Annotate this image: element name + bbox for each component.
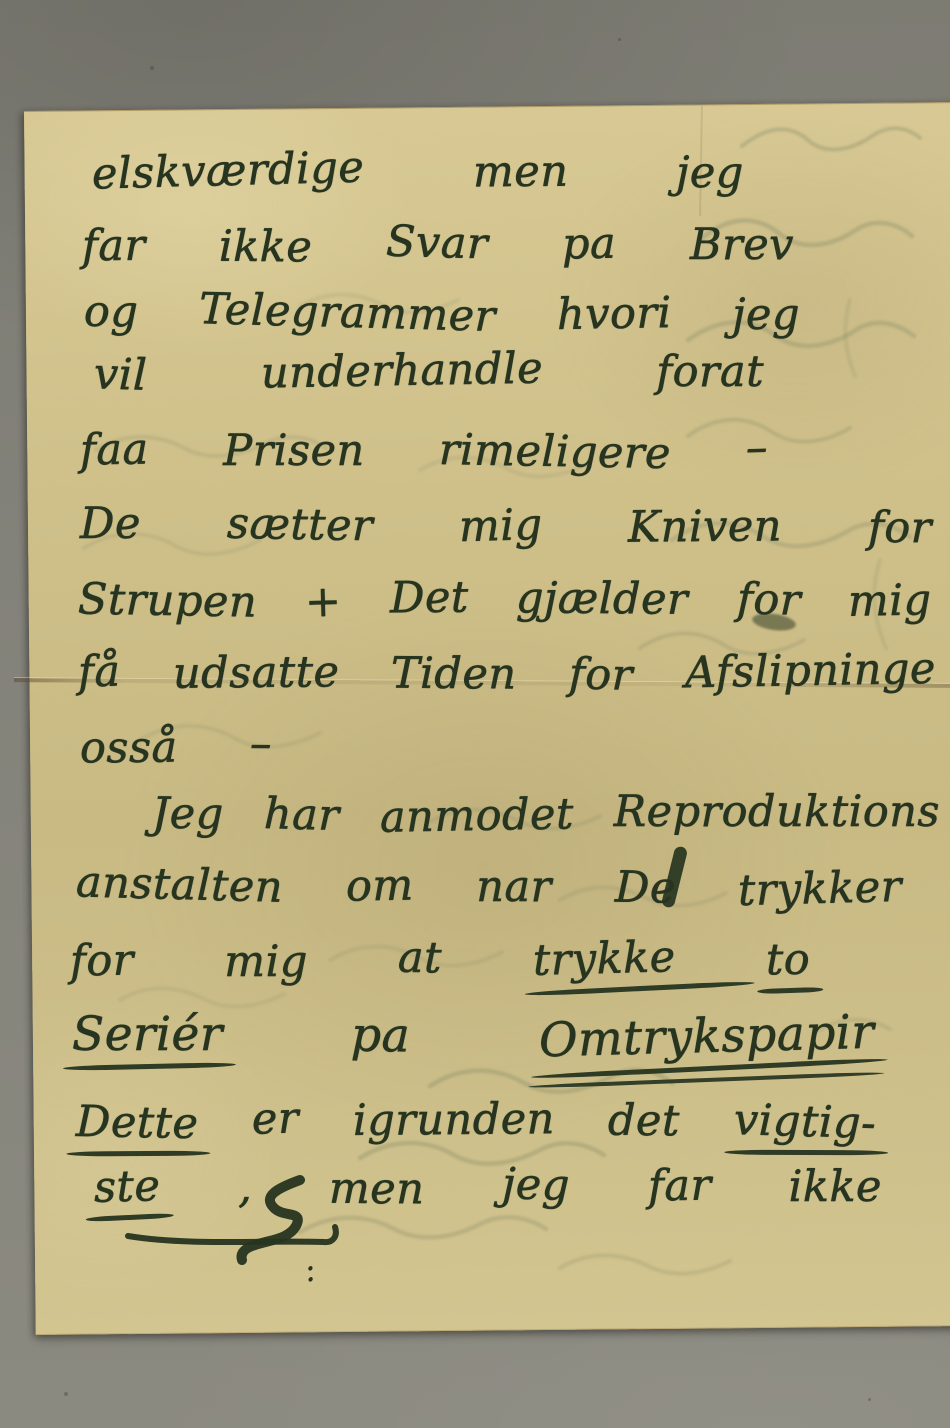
ink-blot xyxy=(241,1180,300,1260)
photographed-letter-scene: elskværdigemenjegfarikkeSvarpaBrevogTele… xyxy=(0,0,950,1428)
ink-flourishes xyxy=(0,0,950,1428)
underline-flourish xyxy=(128,1227,336,1242)
